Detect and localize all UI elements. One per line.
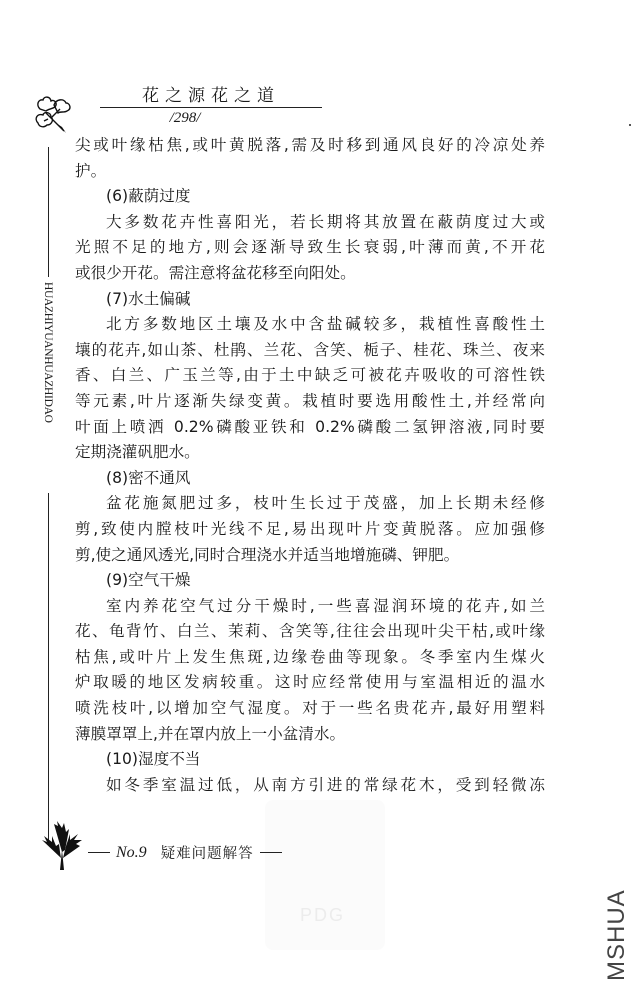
watermark-mshua: MSHUA [602,880,632,990]
header-rule [100,107,322,108]
text-line: 喷洗枝叶,以增加空气湿度。对于一些名贵花卉,最好用塑料 [75,696,545,722]
pine-sprig-icon [40,820,84,872]
chapter-number: No.9 [116,844,147,862]
section-heading: (10)湿度不当 [75,747,545,773]
text-line: 护。 [75,159,545,185]
side-running-text: HUAZHIYUANHUAZHIDAO [40,282,56,490]
section-heading: (8)密不通风 [75,466,545,492]
watermark-pdg: PDG [300,905,345,926]
text-line: 光照不足的地方,则会逐渐导致生长衰弱,叶薄而黄,不开花 [75,235,545,261]
body-text: 尖或叶缘枯焦,或叶黄脱落,需及时移到通风良好的冷凉处养 护。 (6)蔽荫过度 大… [75,133,545,798]
text-line: 壤的花卉,如山茶、杜鹃、兰花、含笑、栀子、桂花、珠兰、夜来 [75,338,545,364]
section-heading: (7)水土偏碱 [75,287,545,313]
text-line: 室内养花空气过分干燥时,一些喜湿润环境的花卉,如兰 [75,594,545,620]
text-line: 大多数花卉性喜阳光，若长期将其放置在蔽荫度过大或 [75,210,545,236]
text-line: 剪,致使内膛枝叶光线不足,易出现叶片变黄脱落。应加强修 [75,517,545,543]
side-rule-top [48,147,49,277]
book-page: PDG 花之源花之道 /298/ HUAZHIYUANHUAZHIDAO 尖或叶… [0,0,639,1001]
text-line: 香、白兰、广玉兰等,由于土中缺乏可被花卉吸收的可溶性铁 [75,363,545,389]
text-line: 枯焦,或叶片上发生焦斑,边缘卷曲等现象。冬季室内生煤火 [75,645,545,671]
text-line: 叶面上喷洒 0.2%磷酸亚铁和 0.2%磷酸二氢钾溶液,同时要 [75,415,545,441]
flower-leaf-icon [34,95,74,137]
text-line: 薄膜罩罩上,并在罩内放上一小盆清水。 [75,722,545,748]
side-rule-bottom [48,493,49,840]
text-line: 北方多数地区土壤及水中含盐碱较多，栽植性喜酸性土 [75,312,545,338]
text-line: 剪,使之通风透光,同时合理浇水并适当地增施磷、钾肥。 [75,543,545,569]
running-header-title: 花之源花之道 [100,86,322,106]
text-line: 或很少开花。需注意将盆花移至向阳处。 [75,261,545,287]
footer-dash-right [260,852,282,853]
running-footer: No.9 疑难问题解答 [88,842,282,863]
text-line: 尖或叶缘枯焦,或叶黄脱落,需及时移到通风良好的冷凉处养 [75,133,545,159]
section-heading: (6)蔽荫过度 [75,184,545,210]
text-line: 等元素,叶片逐渐失绿变黄。栽植时要选用酸性土,并经常向 [75,389,545,415]
watermark-seal [265,800,385,950]
text-line: 花、龟背竹、白兰、茉莉、含笑等,往往会出现叶尖干枯,或叶缘 [75,619,545,645]
page-number: /298/ [150,110,220,127]
footer-dash-left [88,852,110,853]
scan-speck [629,124,631,126]
chapter-title: 疑难问题解答 [161,842,254,863]
text-line: 定期浇灌矾肥水。 [75,440,545,466]
section-heading: (9)空气干燥 [75,568,545,594]
text-line: 如冬季室温过低，从南方引进的常绿花木，受到轻微冻 [75,773,545,799]
text-line: 炉取暖的地区发病较重。这时应经常使用与室温相近的温水 [75,670,545,696]
text-line: 盆花施氮肥过多，枝叶生长过于茂盛，加上长期未经修 [75,491,545,517]
